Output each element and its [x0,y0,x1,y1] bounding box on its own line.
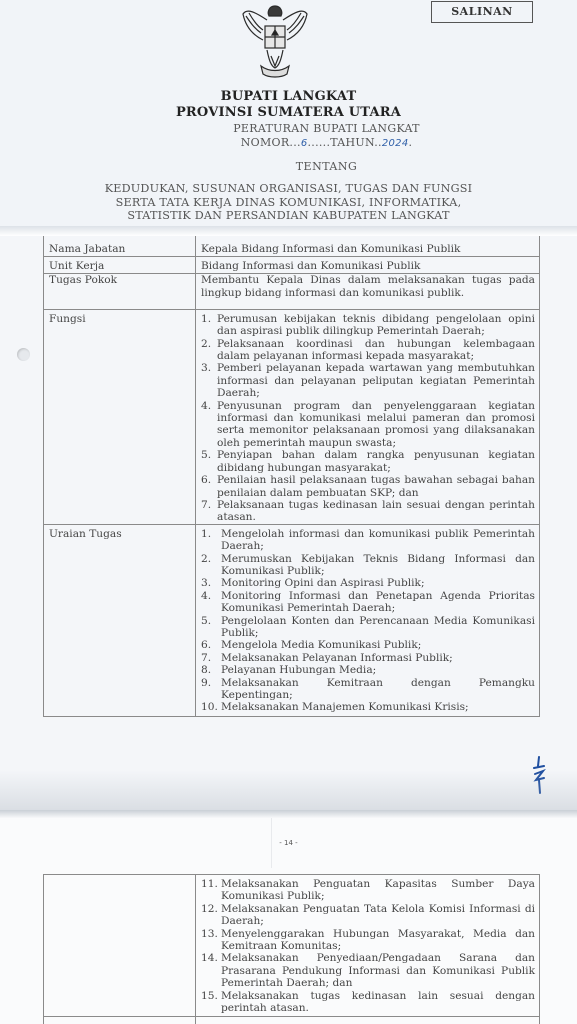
list-item: 6.Mengelola Media Komunikasi Publik; [201,639,535,651]
item-number: 1. [201,528,211,540]
fungsi-cell: 1.Perumusan kebijakan teknis dibidang pe… [196,309,540,524]
item-number: 2. [201,553,211,565]
page-number: - 14 - [0,839,577,847]
regulation-type: PERATURAN BUPATI LANGKAT [38,122,577,135]
table-row: Fungsi 1.Perumusan kebijakan teknis dibi… [44,309,540,524]
item-text: Melaksanakan Penguatan Tata Kelola Komis… [221,903,535,927]
table-row: Tugas Pokok Membantu Kepala Dinas dalam … [44,273,540,309]
item-number: 7. [201,499,211,511]
item-text: Pelayanan Hubungan Media; [221,664,376,676]
item-number: 6. [201,474,211,486]
list-item: 14.Melaksanakan Penyediaan/Pengadaan Sar… [201,952,535,989]
regulation-title: KEDUDUKAN, SUSUNAN ORGANISASI, TUGAS DAN… [0,182,577,223]
list-item: 6.Penilaian hasil pelaksanaan tugas bawa… [201,474,535,499]
list-item: 1.Mengelolah informasi dan komunikasi pu… [201,528,535,553]
title-line-1: KEDUDUKAN, SUSUNAN ORGANISASI, TUGAS DAN… [0,182,577,196]
item-number: 4. [201,590,211,602]
tentang-label: TENTANG [38,160,577,173]
item-number: 6. [201,639,211,651]
list-item: 7.Melaksanakan Pelayanan Informasi Publi… [201,652,535,664]
list-item: 15.Melaksanakan tugas kedinasan lain ses… [201,990,535,1015]
item-number: 11. [201,878,218,890]
row-label: Unit Kerja [44,257,196,273]
list-item: 7.Pelaksanaan tugas kedinasan lain sesua… [201,499,535,524]
uraian-tugas-cell: 1.Mengelolah informasi dan komunikasi pu… [196,524,540,716]
unit-kerja-value: Bidang Informasi dan Komunikasi Publik [196,257,540,273]
list-item: 3.Monitoring Opini dan Aspirasi Publik; [201,577,535,589]
list-item: 2.Pelaksanaan koordinasi dan hubungan ke… [201,338,535,363]
item-number: 9. [201,677,211,689]
item-text: Menyelenggarakan Hubungan Masyarakat, Me… [221,928,535,952]
item-text: Melaksanakan Kemitraan dengan Pemangku K… [221,677,535,701]
row-label: Nama Jabatan [44,236,196,257]
job-description-page: Nama Jabatan Kepala Bidang Informasi dan… [0,236,577,810]
garuda-emblem-icon [241,0,309,82]
item-number: 3. [201,577,211,589]
tahun-label: ......TAHUN.. [307,136,381,149]
item-number: 1. [201,313,211,325]
table-row: 11.Melaksanakan Penguatan Kapasitas Sumb… [44,875,540,1017]
list-item: 2.Merumuskan Kebijakan Teknis Bidang Inf… [201,553,535,578]
item-number: 10. [201,701,218,713]
item-text: Melaksanakan Penyediaan/Pengadaan Sarana… [221,952,535,989]
item-number: 4. [201,400,211,412]
item-text: Melaksanakan Penguatan Kapasitas Sumber … [221,878,535,902]
list-item: 1.Perumusan kebijakan teknis dibidang pe… [201,313,535,338]
item-text: Mengelolah informasi dan komunikasi publ… [221,528,535,552]
list-item: 3.Pemberi pelayanan kepada wartawan yang… [201,362,535,399]
list-item: 13.Menyelenggarakan Hubungan Masyarakat,… [201,928,535,953]
item-number: 8. [201,664,211,676]
item-text: Merumuskan Kebijakan Teknis Bidang Infor… [221,553,535,577]
table-row: Uraian Tugas 1.Mengelolah informasi dan … [44,524,540,716]
item-number: 14. [201,952,218,964]
item-text: Monitoring Informasi dan Penetapan Agend… [221,590,535,614]
item-text: Melaksanakan Pelayanan Informasi Publik; [221,652,453,664]
row-label: Uraian Tugas [44,524,196,716]
page-fold-divider [0,810,577,818]
item-text: Melaksanakan Manajemen Komunikasi Krisis… [221,701,469,713]
table-row: Unit Kerja Bidang Informasi dan Komunika… [44,257,540,273]
item-text: Pemberi pelayanan kepada wartawan yang m… [217,362,535,399]
item-number: 5. [201,449,211,461]
item-text: Pelaksanaan koordinasi dan hubungan kele… [217,338,535,362]
list-item: 12.Melaksanakan Penguatan Tata Kelola Ko… [201,903,535,928]
tahun-handwritten-value: 2024 [382,138,409,149]
table-row [44,1017,540,1024]
item-text: Penilaian hasil pelaksanaan tugas bawaha… [217,474,535,498]
list-item: 5.Penyiapan bahan dalam rangka penyusuna… [201,449,535,474]
item-text: Pelaksanaan tugas kedinasan lain sesuai … [217,499,535,523]
item-text: Monitoring Opini dan Aspirasi Publik; [221,577,425,589]
list-item: 4.Monitoring Informasi dan Penetapan Age… [201,590,535,615]
item-number: 13. [201,928,218,940]
list-item: 4.Penyusunan program dan penyelenggaraan… [201,400,535,450]
continuation-page: - 14 - 11.Melaksanakan Penguatan Kapasit… [0,818,577,1024]
item-text: Melaksanakan tugas kedinasan lain sesuai… [221,990,535,1014]
job-description-table: Nama Jabatan Kepala Bidang Informasi dan… [43,236,540,717]
item-number: 15. [201,990,218,1002]
item-text: Penyiapan bahan dalam rangka penyusunan … [217,449,535,473]
list-item: 5.Pengelolaan Konten dan Perencanaan Med… [201,615,535,640]
item-number: 12. [201,903,218,915]
fungsi-list: 1.Perumusan kebijakan teknis dibidang pe… [201,313,535,524]
row-label: Tugas Pokok [44,273,196,309]
title-line-2: SERTA TATA KERJA DINAS KOMUNIKASI, INFOR… [0,196,577,210]
document-header-page: SALINAN BUPATI LANGKAT PROVINSI SUMATERA… [0,0,577,226]
item-text: Penyusunan program dan penyelenggaraan k… [217,400,535,449]
item-number: 7. [201,652,211,664]
list-item: 11.Melaksanakan Penguatan Kapasitas Sumb… [201,878,535,903]
salinan-stamp: SALINAN [431,1,533,23]
item-number: 3. [201,362,211,374]
page-fold-divider [0,226,577,236]
row-label: Fungsi [44,309,196,524]
item-text: Perumusan kebijakan teknis dibidang peng… [217,313,535,337]
punch-hole-icon [17,348,30,361]
uraian-tugas-list: 1.Mengelolah informasi dan komunikasi pu… [201,528,535,714]
uraian-tugas-continued-cell: 11.Melaksanakan Penguatan Kapasitas Sumb… [196,875,540,1017]
item-number: 2. [201,338,211,350]
tugas-pokok-value: Membantu Kepala Dinas dalam melaksanakan… [196,273,540,309]
nama-jabatan-value: Kepala Bidang Informasi dan Komunikasi P… [196,236,540,257]
job-description-table-continued: 11.Melaksanakan Penguatan Kapasitas Sumb… [43,874,540,1024]
item-text: Mengelola Media Komunikasi Publik; [221,639,421,651]
province-title: PROVINSI SUMATERA UTARA [0,105,577,120]
item-text: Pengelolaan Konten dan Perencanaan Media… [221,615,535,639]
list-item: 9.Melaksanakan Kemitraan dengan Pemangku… [201,677,535,702]
authority-title: BUPATI LANGKAT [0,89,577,104]
uraian-tugas-continued-list: 11.Melaksanakan Penguatan Kapasitas Sumb… [201,878,535,1014]
nomor-label: NOMOR... [241,136,301,149]
list-item: 8.Pelayanan Hubungan Media; [201,664,535,676]
list-item: 10.Melaksanakan Manajemen Komunikasi Kri… [201,701,535,713]
regulation-number-line: NOMOR...6......TAHUN..2024. [38,136,577,149]
item-number: 5. [201,615,211,627]
row-label-empty [44,875,196,1017]
title-line-3: STATISTIK DAN PERSANDIAN KABUPATEN LANGK… [0,209,577,223]
table-row: Nama Jabatan Kepala Bidang Informasi dan… [44,236,540,257]
